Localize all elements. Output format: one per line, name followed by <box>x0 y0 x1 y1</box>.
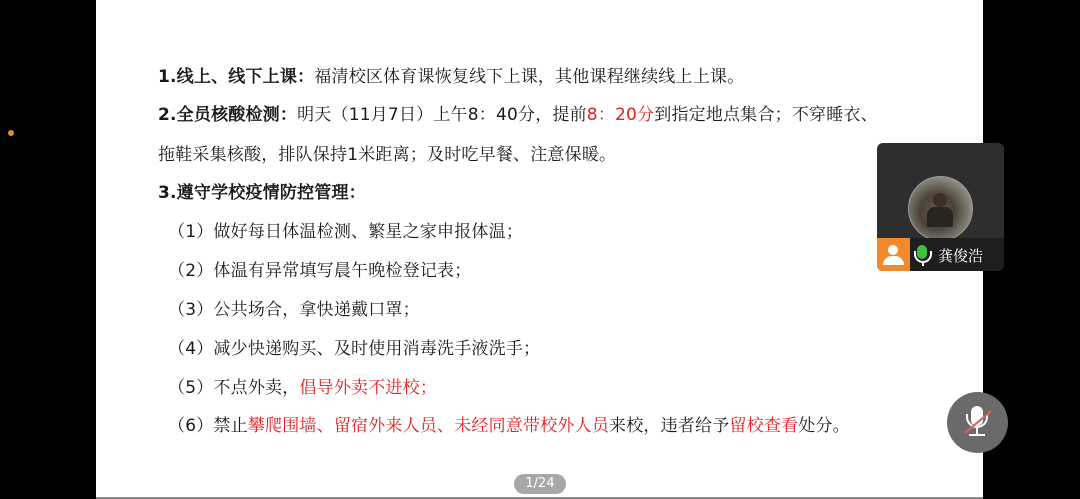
presentation-slide: 1.线上、线下上课：福清校区体育课恢复线下上课，其他课程继续线上上课。 2.全员… <box>96 0 983 499</box>
slide-line-2-cont: 拖鞋采集核酸，排队保持1米距离；及时吃早餐、注意保暖。 <box>158 140 616 165</box>
list-item: （2）体温有异常填写晨午晚检登记表； <box>168 256 471 281</box>
list-item: （3）公共场合，拿快递戴口罩； <box>168 295 420 320</box>
user-icon <box>877 238 910 271</box>
slide-line-1: 1.线上、线下上课：福清校区体育课恢复线下上课，其他课程继续线上上课。 <box>158 62 744 87</box>
status-dot <box>8 130 14 136</box>
participant-namebar: 龚俊浩 <box>877 238 1004 271</box>
list-item: （1）做好每日体温检测、繁星之家申报体温； <box>168 217 523 242</box>
participant-name: 龚俊浩 <box>938 245 983 266</box>
list-item: （5）不点外卖，倡导外卖不进校； <box>168 373 437 398</box>
list-item: （6）禁止攀爬围墙、留宿外来人员、未经同意带校外人员来校，违者给予留校查看处分。 <box>168 411 850 436</box>
participant-video-tile[interactable]: 龚俊浩 <box>877 143 1004 271</box>
mute-microphone-button[interactable] <box>947 392 1008 453</box>
slide-line-2: 2.全员核酸检测：明天（11月7日）上午8：40分，提前8：20分到指定地点集合… <box>158 100 878 125</box>
avatar <box>908 176 973 241</box>
slide-line-3: 3.遵守学校疫情防控管理： <box>158 178 366 203</box>
list-item: （4）减少快递购买、及时使用消毒洗手液洗手； <box>168 334 540 359</box>
page-indicator: 1/24 <box>514 474 566 494</box>
